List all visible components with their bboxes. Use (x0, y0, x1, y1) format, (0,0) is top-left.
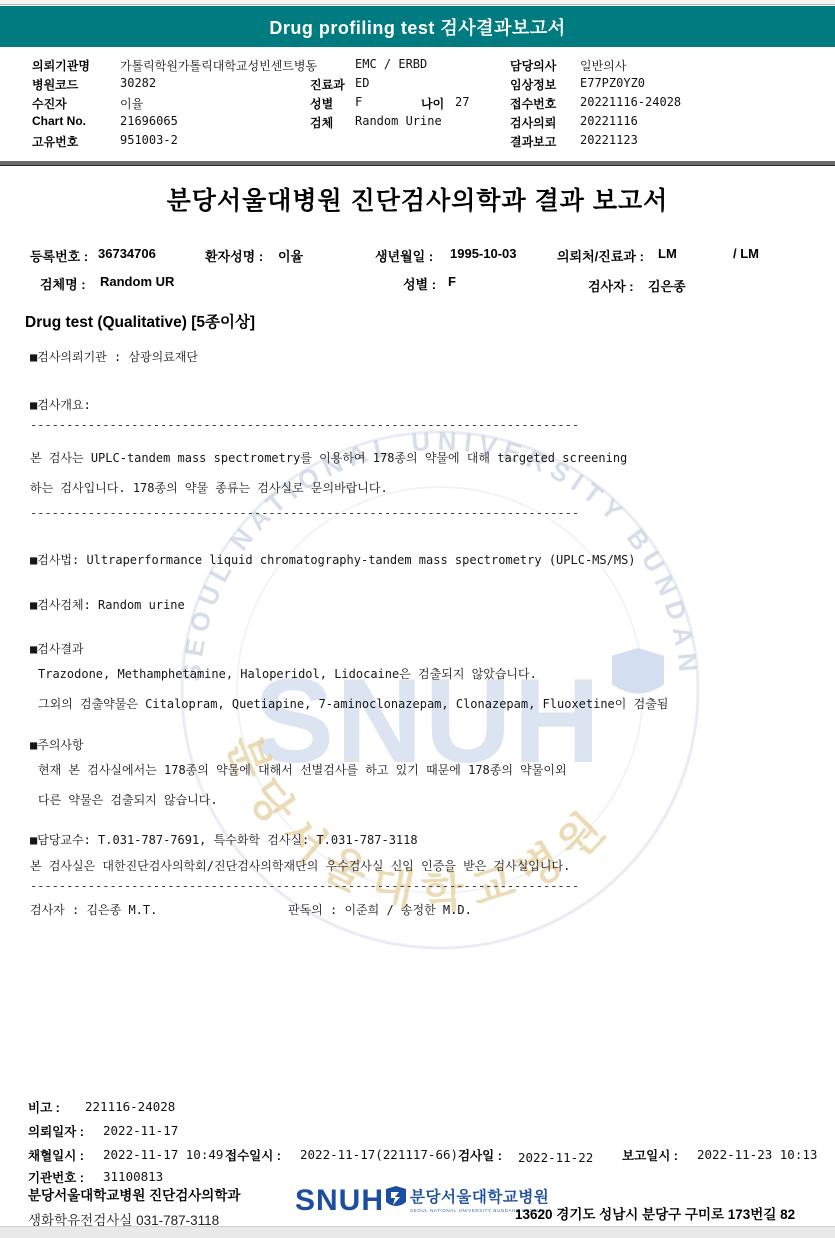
field-label: 임상정보 (510, 76, 556, 93)
overview-line: 본 검사는 UPLC-tandem mass spectrometry를 이용하… (30, 449, 627, 466)
dept-label: 의뢰처/진료과 : (557, 246, 644, 265)
dept-value-2: / LM (733, 246, 759, 261)
field-value: 21696065 (120, 114, 178, 128)
receipt-time-value: 2022-11-17(221117-66) (300, 1147, 458, 1162)
field-label: 검체 (310, 114, 333, 131)
org-no-value: 31100813 (103, 1169, 163, 1184)
specimen-value: Random UR (100, 274, 174, 289)
overview-line: 하는 검사입니다. 178종의 약물 종류는 검사실로 문의바랍니다. (30, 479, 388, 496)
field-value: 20221123 (580, 133, 638, 147)
receipt-time-label: 접수일시 : (225, 1146, 281, 1164)
method-line: ■검사법: Ultraperformance liquid chromatogr… (30, 551, 636, 568)
info-row: 수진자 이율 성별 F 나이 27 접수번호 20221116-24028 (0, 95, 835, 114)
note-label: 비고 : (28, 1098, 60, 1116)
field-label: 수진자 (32, 95, 67, 112)
tester-signature: 검사자 : 김은종 M.T. (30, 901, 157, 918)
age-label: 나이 (421, 95, 444, 112)
snuh-logo-text: SNUH (295, 1186, 384, 1216)
report-date-value: 2022-11-23 10:13 (697, 1147, 817, 1162)
request-date-value: 2022-11-17 (103, 1123, 178, 1138)
examiner-label: 검사자 : (588, 276, 634, 295)
request-org-line: ■검사의뢰기관 : 삼광의료재단 (30, 348, 198, 365)
field-label: 고유번호 (32, 133, 78, 150)
field-value: ED (355, 76, 369, 90)
field-value: EMC / ERBD (355, 57, 427, 71)
birth-label: 생년월일 : (375, 246, 433, 265)
field-label: Chart No. (32, 114, 86, 128)
dept-value-1: LM (658, 246, 677, 261)
field-value: 이율 (120, 95, 143, 112)
reg-no-label: 등록번호 : (30, 246, 88, 265)
info-row: 고유번호 951003-2 결과보고 20221123 (0, 133, 835, 152)
caution-line: 다른 약물은 검출되지 않습니다. (38, 791, 218, 808)
report-date-label: 보고일시 : (622, 1146, 678, 1164)
contact-line: ■담당교수: T.031-787-7691, 특수화학 검사실: T.031-7… (30, 831, 418, 848)
field-value: 30282 (120, 76, 156, 90)
report-header-title: Drug profiling test 검사결과보고서 (269, 14, 565, 40)
note-value: 221116-24028 (85, 1099, 175, 1114)
test-date-value: 2022-11-22 (518, 1150, 593, 1165)
field-value: 20221116 (580, 114, 638, 128)
report-title: 분당서울대병원 진단검사의학과 결과 보고서 (0, 181, 835, 217)
field-value: Random Urine (355, 114, 442, 128)
collect-time-label: 채혈일시 : (28, 1146, 84, 1164)
field-label: 접수번호 (510, 95, 556, 112)
field-value: E77PZ0YZ0 (580, 76, 645, 90)
field-value: 20221116-24028 (580, 95, 681, 109)
specimen-label: 검체명 : (40, 274, 86, 293)
test-name-heading: Drug test (Qualitative) [5종이상] (25, 310, 255, 332)
top-strip (0, 0, 835, 5)
dashed-rule: ----------------------------------------… (30, 418, 579, 432)
section-divider (0, 161, 835, 166)
result-heading: ■검사결과 (30, 640, 84, 657)
specimen-line: ■검사검체: Random urine (30, 596, 185, 613)
birth-value: 1995-10-03 (450, 246, 517, 261)
sex-value: F (448, 274, 456, 289)
age-value: 27 (455, 95, 469, 109)
snuh-logo: SNUH 분당서울대학교병원 SEOUL NATIONAL UNIVERSITY… (295, 1186, 549, 1216)
patient-name-label: 환자성명 : (205, 246, 263, 265)
bottom-strip (0, 1226, 835, 1238)
sex-label: 성별 : (403, 274, 436, 293)
field-value: F (355, 95, 362, 109)
field-value: 일반의사 (580, 57, 626, 74)
field-label: 병원코드 (32, 76, 78, 93)
info-row: 의뢰기관명 가톨릭학원가톨릭대학교성빈센트병동 EMC / ERBD 담당의사 … (0, 57, 835, 76)
info-row: 병원코드 30282 진료과 ED 임상정보 E77PZ0YZ0 (0, 76, 835, 95)
dashed-rule: ----------------------------------------… (30, 879, 579, 893)
snuh-shield-icon (386, 1186, 406, 1210)
field-label: 검사의뢰 (510, 114, 556, 131)
field-label: 결과보고 (510, 133, 556, 150)
field-label: 담당의사 (510, 57, 556, 74)
examiner-value: 김은종 (648, 276, 686, 295)
field-label: 성별 (310, 95, 333, 112)
field-value: 가톨릭학원가톨릭대학교성빈센트병동 (120, 57, 317, 74)
patient-name-value: 이율 (278, 246, 303, 265)
info-row: Chart No. 21696065 검체 Random Urine 검사의뢰 … (0, 114, 835, 133)
field-value: 951003-2 (120, 133, 178, 147)
overview-heading: ■검사개요: (30, 396, 91, 413)
accreditation-line: 본 검사실은 대한진단검사의학회/진단검사의학재단의 우수검사실 신임 인증을 … (30, 857, 570, 874)
report-page: Drug profiling test 검사결과보고서 SEOUL NATION… (0, 0, 835, 1238)
test-date-label: 검사일 : (458, 1146, 502, 1164)
footer-address: 13620 경기도 성남시 분당구 구미로 173번길 82 (515, 1203, 795, 1223)
footer-department: 분당서울대학교병원 진단검사의학과 (28, 1184, 240, 1204)
collect-time-value: 2022-11-17 10:49 (103, 1147, 223, 1162)
caution-line: 현재 본 검사실에서는 178종의 약물에 대해서 선별검사를 하고 있기 때문… (38, 761, 567, 778)
result-line: 그외의 검출약물은 Citalopram, Quetiapine, 7-amin… (38, 695, 668, 712)
result-line: Trazodone, Methamphetamine, Haloperidol,… (38, 665, 537, 682)
field-label: 의뢰기관명 (32, 57, 90, 74)
report-body: ■검사의뢰기관 : 삼광의료재단 ■검사개요: ----------------… (30, 345, 820, 935)
field-label: 진료과 (310, 76, 345, 93)
caution-heading: ■주의사항 (30, 736, 84, 753)
request-date-label: 의뢰일자 : (28, 1122, 84, 1140)
reg-no-value: 36734706 (98, 246, 156, 261)
report-header-bar: Drug profiling test 검사결과보고서 (0, 6, 835, 47)
reviewer-signature: 판독의 : 이준희 / 송정한 M.D. (288, 901, 472, 918)
dashed-rule: ----------------------------------------… (30, 506, 579, 520)
